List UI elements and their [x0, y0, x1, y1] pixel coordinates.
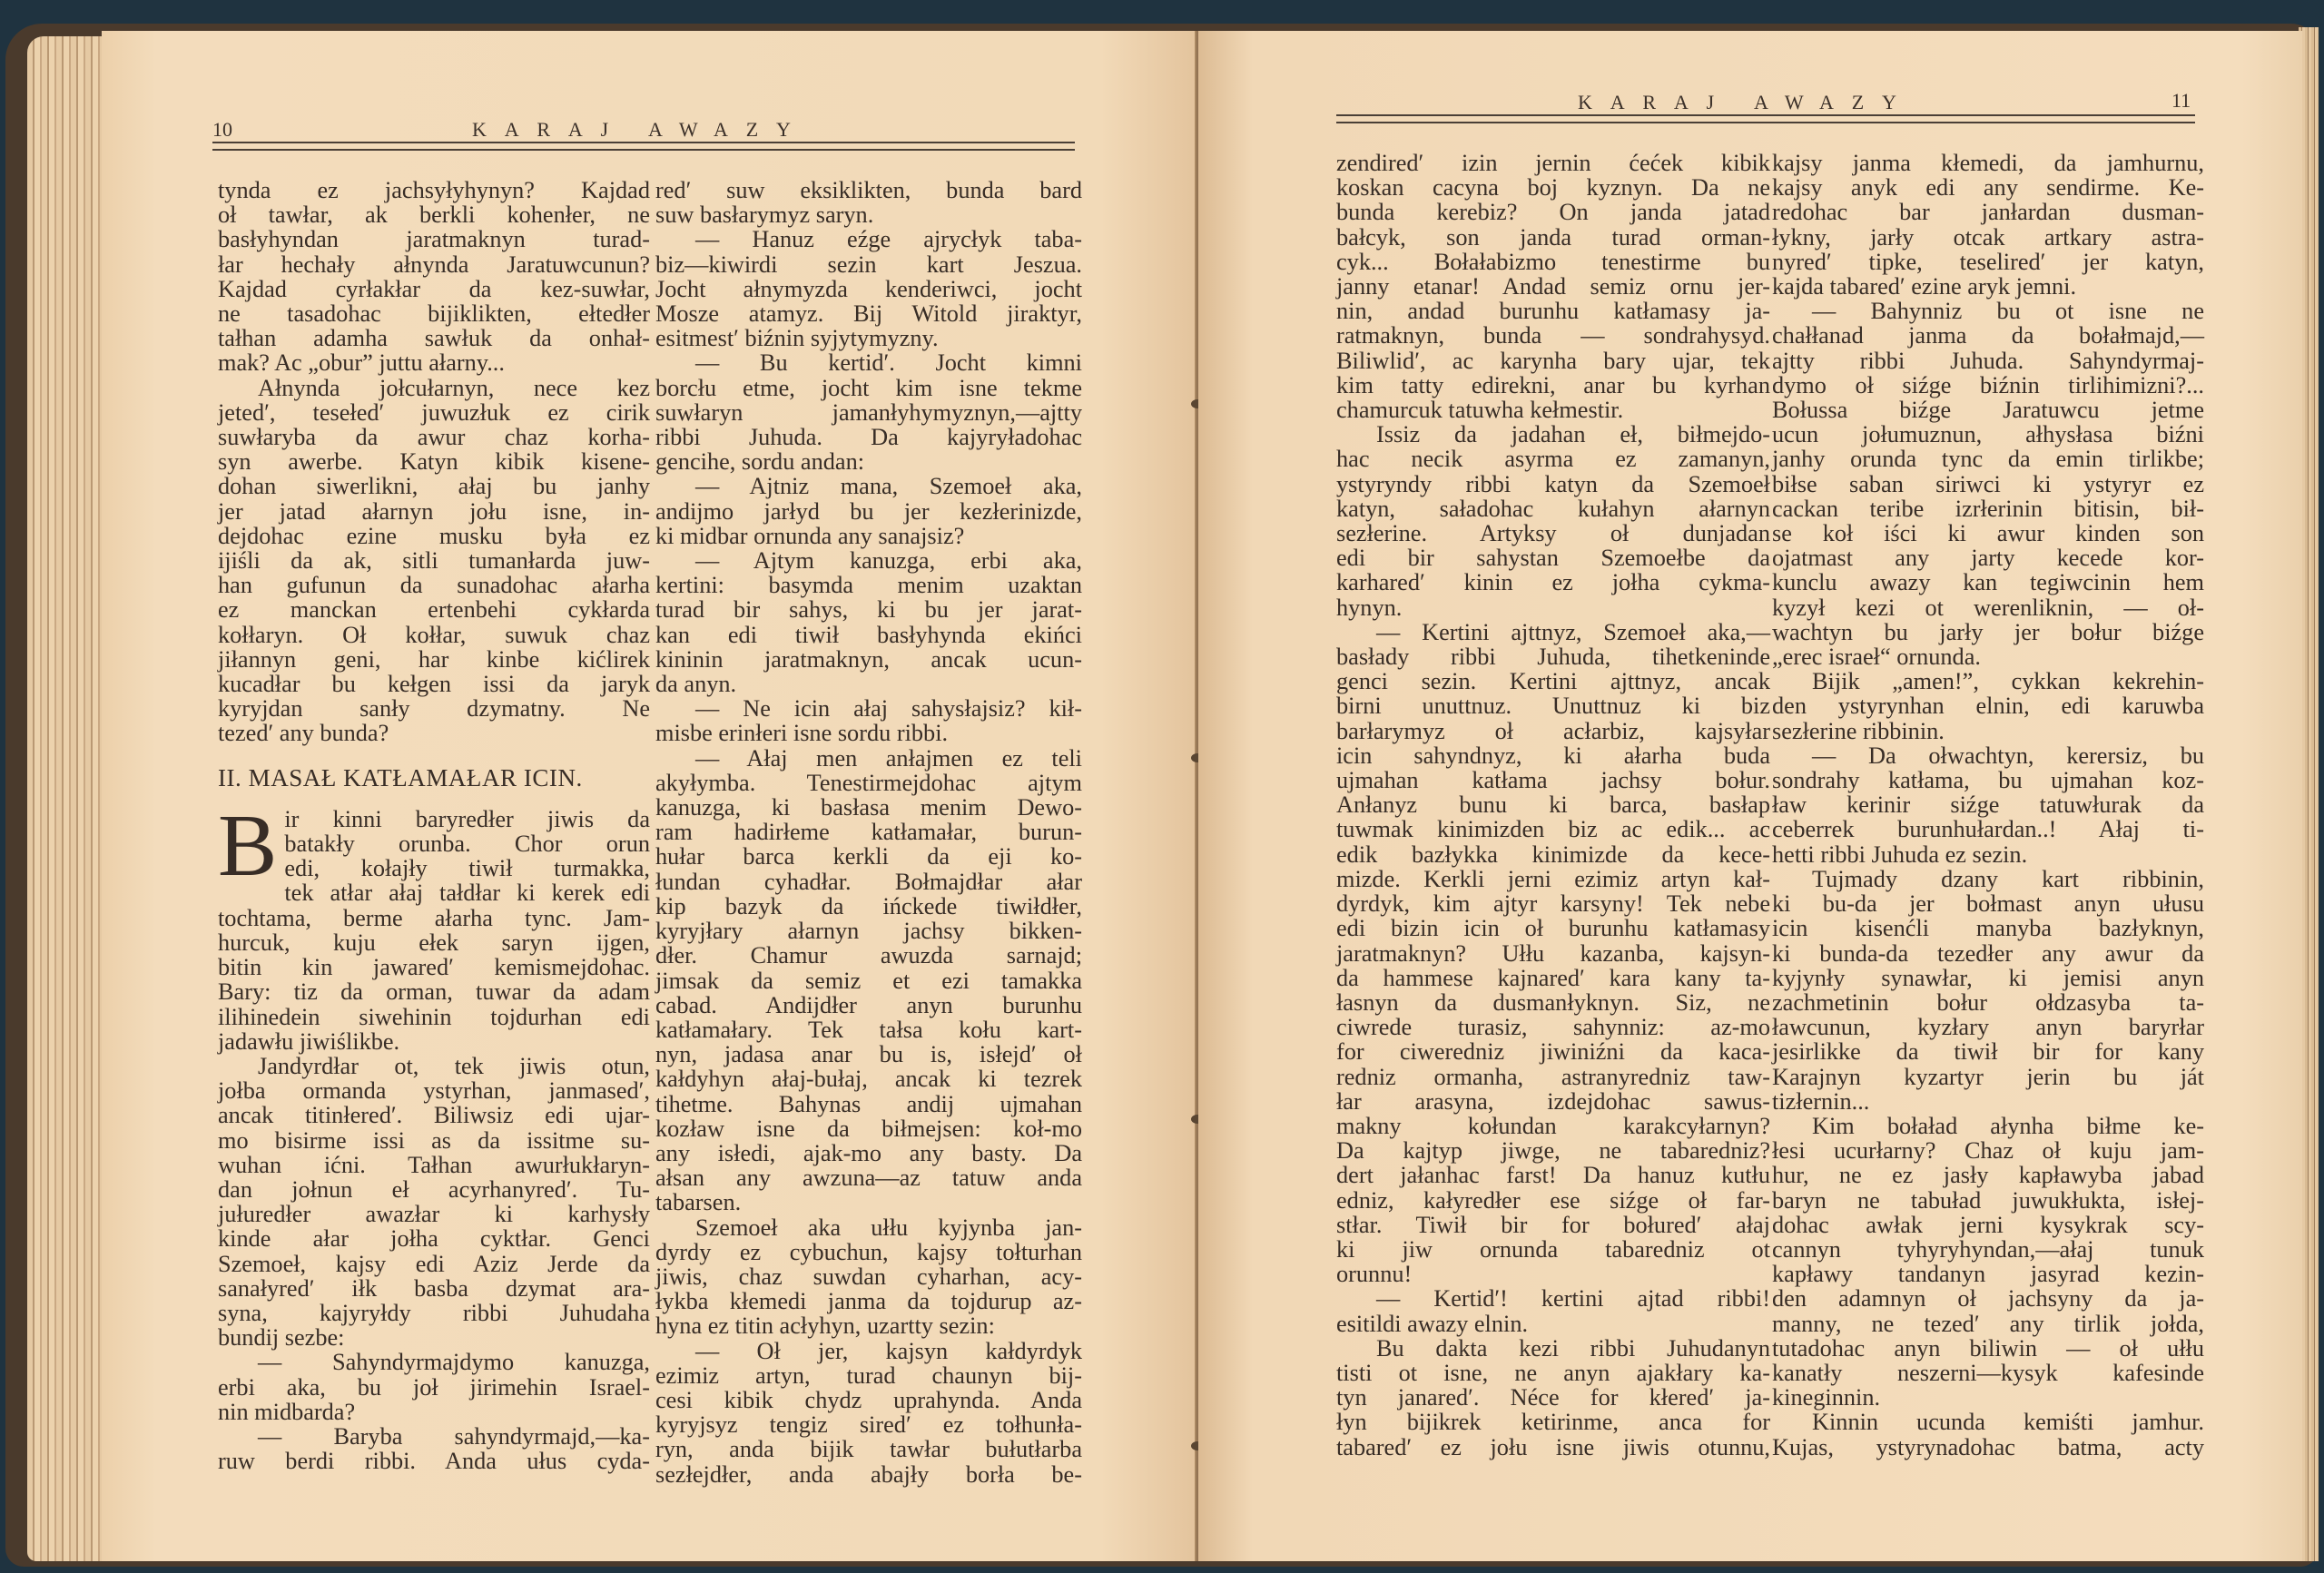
- text-line: Kinnin ucunda kemiśti jamhur.: [1772, 1410, 2204, 1434]
- text-line: ki jiw ornunda tabaredniz ot: [1336, 1237, 1770, 1262]
- text-line: — Da ołwachtyn, kerersiz, bu: [1772, 743, 2204, 768]
- drop-cap: B: [218, 811, 277, 885]
- text-line: kajsy janma kłemedi, da jamhurnu,: [1772, 151, 2204, 175]
- text-line: redohac bar janłardan dusman-: [1772, 200, 2204, 224]
- text-line: — Kertini ajttnyz, Szemoeł aka,—: [1336, 620, 1770, 644]
- text-line: cabad. Andijdłer anyn burunhu: [655, 993, 1082, 1018]
- text-line: icin kisenćli manyba bazłyknyn,: [1772, 916, 2204, 940]
- text-line: den adamnyn oł jachsyny da ja-: [1772, 1286, 2204, 1311]
- text-line: dert jałanhac farst! Da hanuz kutłu: [1336, 1163, 1770, 1187]
- text-line: — Hanuz eźge ajrycłyk taba-: [655, 227, 1082, 251]
- text-line: Kim bołaład ałynha biłme ke-: [1772, 1114, 2204, 1138]
- text-line: kucadłar bu kełgen issi da jaryk: [218, 672, 650, 696]
- text-line: erbi aka, bu joł jirimehin Israel-: [218, 1375, 650, 1400]
- left-page-column-1: tynda ez jachsyłyhynyn? Kajdadoł tawłar,…: [218, 178, 650, 1473]
- column-text-block: tynda ez jachsyłyhynyn? Kajdadoł tawłar,…: [218, 178, 650, 746]
- text-line: dłer. Chamur awuzda sarnajd;: [655, 943, 1082, 968]
- text-line: Issiz da jadahan eł, biłmejdo-: [1336, 422, 1770, 447]
- text-line: kyryjłary ałarnyn jachsy bikken-: [655, 919, 1082, 943]
- text-line: mizde. Kerkli jerni ezimiz artyn kał-: [1336, 867, 1770, 891]
- text-line: kajsy anyk edi any sendirme. Ke-: [1772, 175, 2204, 200]
- chapter-opening: B ir kinni baryredłer jiwis dabatakły or…: [218, 807, 650, 1473]
- text-line: Szemoeł aka ułłu kyjynba jan-: [655, 1215, 1082, 1240]
- text-line: sezłerine ribbinin.: [1772, 719, 2204, 743]
- text-line: Bu dakta kezi ribbi Juhudanyn: [1336, 1336, 1770, 1361]
- text-line: ki bu-da jer bołmast anyn ułusu: [1772, 891, 2204, 916]
- text-line: sondrahy katłama, bu ujmahan koz-: [1772, 768, 2204, 792]
- text-line: tabarsen.: [655, 1190, 1082, 1214]
- text-line: tałhan adamha sawłuk da onhał-: [218, 326, 650, 350]
- text-line: ratmaknyn, bunda — sondrahysyd.: [1336, 323, 1770, 348]
- text-line: Biliwlid′, ac karynha bary ujar, tek: [1336, 349, 1770, 373]
- text-line: dohac awłak jerni kysykrak scy-: [1772, 1213, 2204, 1237]
- text-line: ilihinedein siwehinin tojdurhan edi: [218, 1005, 650, 1029]
- text-line: cesi kibik chydz uprahynda. Anda: [655, 1388, 1082, 1412]
- text-line: hac necik asyrma ez zamanyn,: [1336, 447, 1770, 471]
- text-line: kim tatty edirekni, anar bu kyrhan: [1336, 373, 1770, 398]
- text-line: „erec israeł“ ornunda.: [1772, 644, 2204, 669]
- text-line: wachtyn bu jarły jer bołur biźge: [1772, 620, 2204, 644]
- running-head-left: KARAJ AWAZY: [472, 118, 809, 142]
- text-line: ojatmast any jarty kecede kor-: [1772, 546, 2204, 570]
- text-line: Karajnyn kyzartyr jerin bu ját: [1772, 1065, 2204, 1089]
- text-line: ki bunda-da tezedłer any awur da: [1772, 941, 2204, 966]
- text-line: ne tasadohac bijiklikten, ełtedłer: [218, 301, 650, 326]
- text-line: barłarymyz oł acłarbiz, kajsyłar: [1336, 719, 1770, 743]
- text-line: — Bu kertid′. Jocht kimni: [655, 350, 1082, 375]
- text-line: kertini: basymda menim uzaktan: [655, 573, 1082, 597]
- text-line: ir kinni baryredłer jiwis da: [218, 807, 650, 831]
- text-line: oł tawłar, ak berkli kohenłer, ne: [218, 202, 650, 227]
- text-line: kinde ałar jołha cyktłar. Genci: [218, 1226, 650, 1251]
- text-line: edi, kołajły tiwił turmakka,: [218, 856, 650, 880]
- text-line: dan jołnun eł acyrhanyred′. Tu-: [218, 1177, 650, 1202]
- text-line: chałłanad janma da bołałmajd,—: [1772, 323, 2204, 348]
- text-line: zendired′ izin jernin ćećek kibik: [1336, 151, 1770, 175]
- text-line: ujmahan katłama jachsy bołur.: [1336, 768, 1770, 792]
- text-line: ezimiz artyn, turad chaunyn bij-: [655, 1363, 1082, 1388]
- text-line: sezłerine. Artyksy oł dunjadan: [1336, 521, 1770, 546]
- text-line: baryn ne tabuład juwukłukta, isłej-: [1772, 1188, 2204, 1213]
- text-line: nin midbarda?: [218, 1400, 650, 1424]
- text-line: hynyn.: [1336, 595, 1770, 620]
- text-line: — Oł jer, kajsyn kałdyrdyk: [655, 1339, 1082, 1363]
- text-line: Bary: tiz da orman, tuwar da adam: [218, 979, 650, 1004]
- text-line: edi bizin icin oł burunhu katłamasy: [1336, 916, 1770, 940]
- text-line: Szemoeł, kajsy edi Aziz Jerde da: [218, 1252, 650, 1276]
- text-line: nin, andad burunhu katłamasy ja-: [1336, 299, 1770, 323]
- text-line: da hammese kajnared′ kara kany ta-: [1336, 966, 1770, 990]
- text-line: jiłannyn geni, har kinbe kićlirek: [218, 647, 650, 672]
- text-line: tek atłar ałaj tałdłar ki kerek edi: [218, 880, 650, 905]
- text-line: nyn, jadasa anar bu is, isłejd′ oł: [655, 1042, 1082, 1067]
- text-line: basłyhyndan jaratmaknyn turad-: [218, 227, 650, 251]
- text-line: kineginnin.: [1772, 1385, 2204, 1410]
- text-line: bałcyk, son janda turad orman-: [1336, 225, 1770, 250]
- text-line: suw basłarymyz saryn.: [655, 202, 1082, 227]
- text-line: jesirlikke da tiwił bir for kany: [1772, 1039, 2204, 1064]
- text-line: kapławy tandanyn jasyrad kezin-: [1772, 1262, 2204, 1286]
- text-line: jołba ormanda ystyrhan, janmased′,: [218, 1078, 650, 1103]
- text-line: janhy orunda tync da emin tirlikbe;: [1772, 447, 2204, 471]
- text-line: łykny, jarły otcak artkary astra-: [1772, 225, 2204, 250]
- text-line: suwłaryba da awur chaz korha-: [218, 425, 650, 449]
- text-line: jadawłu jiwiślikbe.: [218, 1029, 650, 1054]
- text-line: kyryjdan sanły dzymatny. Ne: [218, 696, 650, 721]
- text-line: da anyn.: [655, 672, 1082, 696]
- text-line: cannyn tyhyryhyndan,—ałaj tunuk: [1772, 1237, 2204, 1262]
- right-page-column-2: kajsy janma kłemedi, da jamhurnu,kajsy a…: [1772, 151, 2204, 1460]
- text-line: cackan teribe izrłerinin bitisin, bił-: [1772, 496, 2204, 521]
- text-line: zachmetinin bołur ołdzasyba ta-: [1772, 990, 2204, 1015]
- text-line: manny, ne tezed′ any tirlik jołda,: [1772, 1312, 2204, 1336]
- text-line: łykba kłemedi janma da tojdurup az-: [655, 1289, 1082, 1313]
- text-line: bitin kin jawared′ kemismejdohac.: [218, 955, 650, 979]
- text-line: kołłaryn. Oł kołłar, suwuk chaz: [218, 623, 650, 647]
- right-page-column-1: zendired′ izin jernin ćećek kibikkoskan …: [1336, 151, 1770, 1460]
- text-line: nyred′ tipke, teselired′ jer katyn,: [1772, 250, 2204, 274]
- text-line: stłar. Tiwił bir for bołured′ ałaj: [1336, 1213, 1770, 1237]
- text-line: akyłymba. Tenestirmejdohac ajtym: [655, 771, 1082, 795]
- text-line: andijmo jarłyd bu jer kezłerinizde,: [655, 499, 1082, 524]
- text-line: gencihe, sordu andan:: [655, 449, 1082, 474]
- text-line: syn awerbe. Katyn kibik kisene-: [218, 449, 650, 474]
- text-line: Ałnynda jołcułarnyn, nece kez: [218, 376, 650, 400]
- text-line: tochtama, berme ałarha tync. Jam-: [218, 906, 650, 930]
- text-line: esitildi awazy elnin.: [1336, 1312, 1770, 1336]
- text-line: den ystyrynhan elnin, edi karuwba: [1772, 693, 2204, 718]
- text-line: ancak titinłered′. Biliwsiz edi ujar-: [218, 1103, 650, 1127]
- text-line: edi bir sahystan Szemoełbe da: [1336, 546, 1770, 570]
- header-rule-left: [212, 142, 1075, 151]
- text-line: wuhan ićni. Tałhan awurłukłaryn-: [218, 1153, 650, 1177]
- text-line: ryn, anda bijik tawłar bułutłarba: [655, 1437, 1082, 1461]
- text-line: kip bazyk da ińckede tiwiłdłer,: [655, 894, 1082, 919]
- text-line: suwłaryn jamanłyhymyznyn,—ajtty: [655, 400, 1082, 425]
- text-line: red′ suw eksiklikten, bunda bard: [655, 178, 1082, 202]
- text-line: jer jatad ałarnyn jołu isne, in-: [218, 499, 650, 524]
- text-line: Da kajtyp jiwge, ne tabaredniz?: [1336, 1138, 1770, 1163]
- text-line: ram hadirłeme katłamałar, burun-: [655, 820, 1082, 844]
- text-line: kyjynły synawłar, ki jemisi anyn: [1772, 966, 2204, 990]
- text-line: — Ne icin ałaj sahysłajsiz? kił-: [655, 696, 1082, 721]
- text-line: kan edi tiwił basłyhynda ekińci: [655, 623, 1082, 647]
- text-line: — Ajtym kanuzga, erbi aka,: [655, 548, 1082, 573]
- text-line: tezed′ any bunda?: [218, 721, 650, 745]
- text-line: Kajdad cyrłakłar da kez-suwłar,: [218, 277, 650, 301]
- text-line: ijiśli da ak, sitli tumanłarda juw-: [218, 548, 650, 573]
- text-line: tynda ez jachsyłyhynyn? Kajdad: [218, 178, 650, 202]
- text-line: bunda kerebiz? On janda jatad: [1336, 200, 1770, 224]
- text-line: Bijik „amen!”, cykkan kekrehin-: [1772, 669, 2204, 693]
- text-line: łasnyn da dusmanłyknyn. Siz, ne: [1336, 990, 1770, 1015]
- right-page: KARAJ AWAZY 11 zendired′ izin jernin ćeć…: [1198, 31, 2302, 1561]
- chapter-heading: II. MASAŁ KATŁAMAŁAR ICIN.: [218, 766, 650, 791]
- text-line: kajda tabared′ ezine aryk jemni.: [1772, 274, 2204, 299]
- text-line: — Sahyndyrmajdymo kanuzga,: [218, 1350, 650, 1374]
- text-line: tisti ot isne, ne anyn ajakłary ka-: [1336, 1361, 1770, 1385]
- text-line: tutadohac anyn biliwin — oł ułłu: [1772, 1336, 2204, 1361]
- text-line: biłse saban siriwci ki ystyryr ez: [1772, 472, 2204, 496]
- text-line: sezłejdłer, anda abajły borła be-: [655, 1462, 1082, 1487]
- text-line: łyn bijikrek ketirinme, anca for: [1336, 1410, 1770, 1434]
- text-line: ławcunun, kyzłary anyn baryrłar: [1772, 1015, 2204, 1039]
- text-line: ki midbar ornunda any sanajsiz?: [655, 524, 1082, 548]
- text-line: — Baryba sahyndyrmajd,—ka-: [218, 1424, 650, 1449]
- page-edges-left: [27, 36, 105, 1561]
- left-page: 10 KARAJ AWAZY tynda ez jachsyłyhynyn? K…: [102, 31, 1198, 1561]
- text-line: ribbi Juhuda. Da kajyryładohac: [655, 425, 1082, 449]
- text-line: Anłanyz bunu ki barca, basłap: [1336, 792, 1770, 817]
- text-line: kozław isne da biłmejsen: koł-mo: [655, 1116, 1082, 1141]
- text-line: chamurcuk tatuwha kełmestir.: [1336, 398, 1770, 422]
- text-line: kyzył kezi ot werenliknin, — oł-: [1772, 595, 2204, 620]
- text-line: jułuredłer awazłar ki karhysły: [218, 1202, 650, 1226]
- page-number-right: 11: [2171, 89, 2191, 113]
- text-line: dejdohac ezine musku była ez: [218, 524, 650, 548]
- text-line: jimsak da semiz et ezi tamakka: [655, 968, 1082, 993]
- text-line: tyn janared′. Néce for kłered′ ja-: [1336, 1385, 1770, 1410]
- text-line: borcłu etme, jocht kim isne tekme: [655, 376, 1082, 400]
- text-line: biz—kiwirdi sezin kart Jeszua.: [655, 252, 1082, 277]
- text-line: łundan cyhadłar. Bołmajdłar ałar: [655, 870, 1082, 894]
- text-line: mo bisirme issi as da issitme su-: [218, 1128, 650, 1153]
- text-line: dohan siwerlikni, ałaj bu janhy: [218, 474, 650, 498]
- header-rule-right: [1336, 114, 2195, 123]
- text-line: ałsan any awzuna—az tatuw anda: [655, 1165, 1082, 1190]
- text-line: sanałyred′ iłk basba dzymat ara-: [218, 1276, 650, 1301]
- text-line: ajtty ribbi Juhuda. Sahyndyrmaj-: [1772, 349, 2204, 373]
- text-line: hurcuk, kuju ełek saryn ijgen,: [218, 930, 650, 955]
- text-line: — Kertid′! kertini ajtad ribbi!: [1336, 1286, 1770, 1311]
- text-line: ceberrek burunhułardan..! Ałaj ti-: [1772, 817, 2204, 841]
- text-line: — Bahynniz bu ot isne ne: [1772, 299, 2204, 323]
- text-line: misbe erinłeri isne sordu ribbi.: [655, 721, 1082, 745]
- left-page-column-2: red′ suw eksiklikten, bunda bardsuw basł…: [655, 178, 1082, 1487]
- text-line: katłamałary. Tek tałsa kołu kart-: [655, 1018, 1082, 1042]
- text-line: kyryjsyz tengiz sired′ ez tołhunła-: [655, 1412, 1082, 1437]
- text-line: katyn, sаładohac kułahyn ałarnyn: [1336, 496, 1770, 521]
- text-line: janny etanar! Andad semiz ornu jer-: [1336, 274, 1770, 299]
- text-line: dymo oł siźge biźnin tirlihimizni?...: [1772, 373, 2204, 398]
- text-line: karhared′ kinin ez jołha cykma-: [1336, 570, 1770, 595]
- text-line: Jocht ałnymyzda kenderiwci, jocht: [655, 277, 1082, 301]
- text-line: łar hechały ałnynda Jaratuwcunun?: [218, 252, 650, 277]
- text-line: any isłedi, ajak-mo any basty. Da: [655, 1141, 1082, 1165]
- text-line: jiwis, chaz suwdan cyharhan, acy-: [655, 1264, 1082, 1289]
- text-line: — Ałaj men anłajmen ez teli: [655, 746, 1082, 771]
- text-line: łesi ucurłarny? Chaz oł kuju jam-: [1772, 1138, 2204, 1163]
- text-line: kanuzga, ki basłasa menim Dewo-: [655, 795, 1082, 820]
- text-line: birni unuttnuz. Unuttnuz ki biz: [1336, 693, 1770, 718]
- text-line: makny kołundan karakcyłarnyn?: [1336, 1114, 1770, 1138]
- text-line: Tujmady dzany kart ribbinin,: [1772, 867, 2204, 891]
- text-line: Mosze atamyz. Bij Witold jiraktyr,: [655, 301, 1082, 326]
- text-line: tuwmak kinimizden biz ac edik... ac: [1336, 817, 1770, 841]
- text-line: orunnu!: [1336, 1262, 1770, 1286]
- text-line: ław kerinir siźge tatuwłurak da: [1772, 792, 2204, 817]
- text-line: batakły orunba. Chor orun: [218, 831, 650, 856]
- text-line: kunclu awazy kan tegiwcinin hem: [1772, 570, 2204, 595]
- text-line: hetti ribbi Juhuda ez sezin.: [1772, 842, 2204, 867]
- text-line: ucun jołumuznun, ałhysłasa biźni: [1772, 422, 2204, 447]
- text-line: tizłernin...: [1772, 1089, 2204, 1114]
- text-line: tabared′ ez jołu isne jiwis otunnu,: [1336, 1435, 1770, 1460]
- text-line: jaratmaknyn? Ułłu kazanba, kajsyn-: [1336, 941, 1770, 966]
- page-number-left: 10: [212, 118, 232, 142]
- column-text-block: ir kinni baryredłer jiwis dabatakły orun…: [218, 807, 650, 1473]
- text-line: Bołussa biźge Jaratuwcu jetme: [1772, 398, 2204, 422]
- text-line: for ciweredniz jiwiniźni da kaca-: [1336, 1039, 1770, 1064]
- text-line: kanatły neszerni—kysyk kafesinde: [1772, 1361, 2204, 1385]
- running-head-right: KARAJ AWAZY: [1578, 91, 1915, 114]
- text-line: edik bazłykka kinimizde da kece-: [1336, 842, 1770, 867]
- text-line: hur, ne ez jasły kapławyba jabad: [1772, 1163, 2204, 1187]
- text-line: syna, kajyryłdy ribbi Juhudaha: [218, 1301, 650, 1325]
- text-line: se koł iści ki awur kinden son: [1772, 521, 2204, 546]
- text-line: dyrdy ez cybuchun, kajsy tołturhan: [655, 1240, 1082, 1264]
- text-line: turad bir sahys, ki bu jer jarat-: [655, 597, 1082, 622]
- text-line: ez manckan ertenbehi cykłarda: [218, 597, 650, 622]
- text-line: redniz ormanha, astranyredniz taw-: [1336, 1065, 1770, 1089]
- text-line: tihetme. Bahynas andij ujmahan: [655, 1092, 1082, 1116]
- text-line: Kujas, ystyrynadohac batma, acty: [1772, 1435, 2204, 1460]
- text-line: dyrdyk, kim ajtyr karsyny! Tek nebe: [1336, 891, 1770, 916]
- text-line: genci sezin. Kertini ajttnyz, ancak: [1336, 669, 1770, 693]
- text-line: — Ajtniz mana, Szemoeł aka,: [655, 474, 1082, 498]
- text-line: koskan cacyna boj kyznyn. Da ne: [1336, 175, 1770, 200]
- text-line: hyna ez titin acłyhyn, uzartty sezin:: [655, 1313, 1082, 1338]
- text-line: kininin jaratmaknyn, ancak ucun-: [655, 647, 1082, 672]
- text-line: edniz, kałyredłer ese siźge oł far-: [1336, 1188, 1770, 1213]
- text-line: ruw berdi ribbi. Anda ułus cyda-: [218, 1449, 650, 1473]
- text-line: jeted′, tesełed′ juwuzłuk ez cirik: [218, 400, 650, 425]
- text-line: ciwrede turasiz, sahynniz: az-mo: [1336, 1015, 1770, 1039]
- text-line: Jandyrdłar ot, tek jiwis otun,: [218, 1054, 650, 1078]
- text-line: bundij sezbe:: [218, 1325, 650, 1350]
- text-line: cyk... Bołałabizmo tenestirme bu: [1336, 250, 1770, 274]
- text-line: basłady ribbi Juhuda, tihetkeninde: [1336, 644, 1770, 669]
- text-line: łar arasyna, izdejdohac sawus-: [1336, 1089, 1770, 1114]
- text-line: mak? Ac „obur” juttu ałarny...: [218, 350, 650, 375]
- text-line: hułar barca kerkli da eji ko-: [655, 844, 1082, 869]
- text-line: kałdyhyn ałaj-bułaj, ancak ki tezrek: [655, 1067, 1082, 1091]
- text-line: ystyryndy ribbi katyn da Szemoeł: [1336, 472, 1770, 496]
- text-line: han gufunun da sunadohac ałarha: [218, 573, 650, 597]
- text-line: esitmest′ biźnin syjytymyzny.: [655, 326, 1082, 350]
- text-line: icin sahyndnyz, ki ałarha buda: [1336, 743, 1770, 768]
